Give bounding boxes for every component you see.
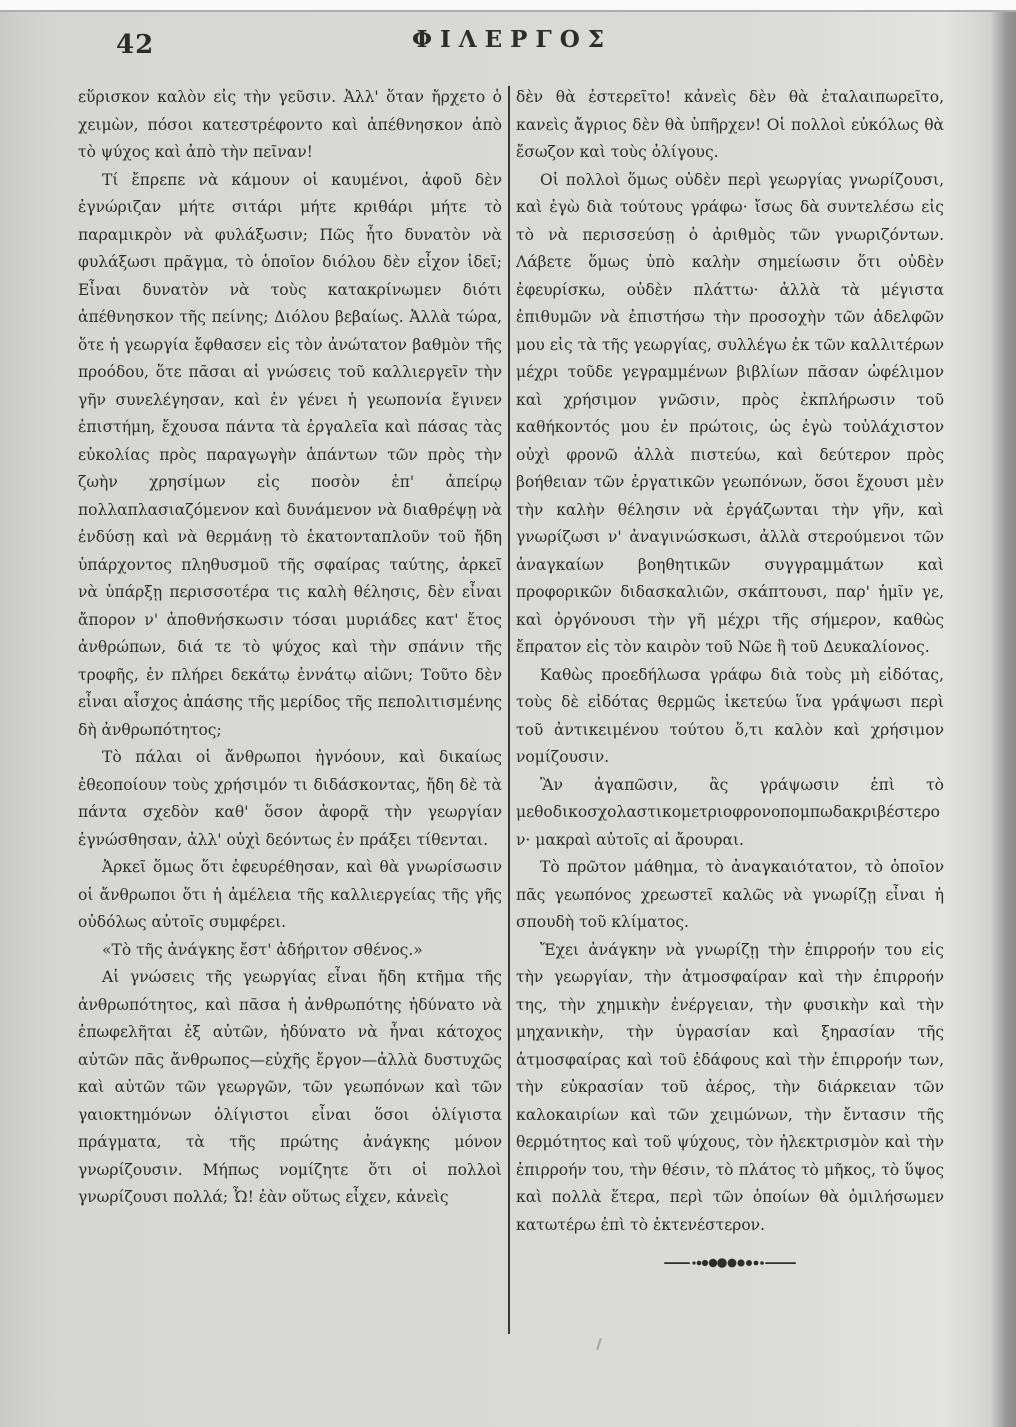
page-number: 42 xyxy=(116,30,154,60)
paragraph-right-3: Καθὼς προεδήλωσα γράφω διὰ τοὺς μὴ εἰδότ… xyxy=(516,662,944,772)
paragraph-left-5-quote: «Τὸ τῆς ἀνάγκης ἔστ' ἀδήριτον σθένος.» xyxy=(78,937,502,965)
paragraph-left-3: Τὸ πάλαι οἱ ἄνθρωποι ἠγνόουν, καὶ δικαίω… xyxy=(78,744,502,854)
beaded-rule-ornament-icon xyxy=(664,1256,796,1270)
text-columns: εὕρισκον καλὸν εἰς τὴν γεῦσιν. Ἀλλ' ὅταν… xyxy=(78,84,946,1334)
scan-stray-mark xyxy=(596,1338,602,1350)
paragraph-left-2: Τί ἔπρεπε νὰ κάμουν οἱ καυμένοι, ἀφοῦ δὲ… xyxy=(78,167,502,745)
left-column: εὕρισκον καλὸν εἰς τὴν γεῦσιν. Ἀλλ' ὅταν… xyxy=(78,84,502,1212)
page-header: 42 ΦΙΛΕΡΓΟΣ xyxy=(78,26,946,70)
paragraph-right-6: Ἔχει ἀνάγκην νὰ γνωρίζῃ τὴν ἐπιρροήν του… xyxy=(516,937,944,1240)
paragraph-left-6: Αἱ γνώσεις τῆς γεωργίας εἶναι ἤδη κτῆμα … xyxy=(78,964,502,1212)
paragraph-right-2: Οἱ πολλοὶ ὅμως οὐδὲν περὶ γεωργίας γνωρί… xyxy=(516,167,944,662)
section-tailpiece xyxy=(516,1249,944,1277)
paragraph-left-4: Ἀρκεῖ ὅμως ὅτι ἐφευρέθησαν, καὶ θὰ γνωρί… xyxy=(78,854,502,937)
paragraph-right-5: Τὸ πρῶτον μάθημα, τὸ ἀναγκαιότατον, τὸ ὁ… xyxy=(516,854,944,937)
scan-top-edge xyxy=(0,0,1016,12)
column-divider-rule xyxy=(508,86,510,1334)
right-column: δὲν θὰ ἐστερεῖτο! κἀνεὶς δὲν θὰ ἐταλαιπω… xyxy=(516,84,944,1277)
masthead-title: ΦΙΛΕΡΓΟΣ xyxy=(78,26,946,53)
scanned-book-page: 42 ΦΙΛΕΡΓΟΣ εὕρισκον καλὸν εἰς τὴν γεῦσι… xyxy=(0,0,1016,1427)
paragraph-right-1: δὲν θὰ ἐστερεῖτο! κἀνεὶς δὲν θὰ ἐταλαιπω… xyxy=(516,84,944,167)
paragraph-right-4: Ἂν ἀγαπῶσιν, ἂς γράψωσιν ἐπὶ τὸ μεθοδικο… xyxy=(516,772,944,855)
paragraph-left-1: εὕρισκον καλὸν εἰς τὴν γεῦσιν. Ἀλλ' ὅταν… xyxy=(78,84,502,167)
